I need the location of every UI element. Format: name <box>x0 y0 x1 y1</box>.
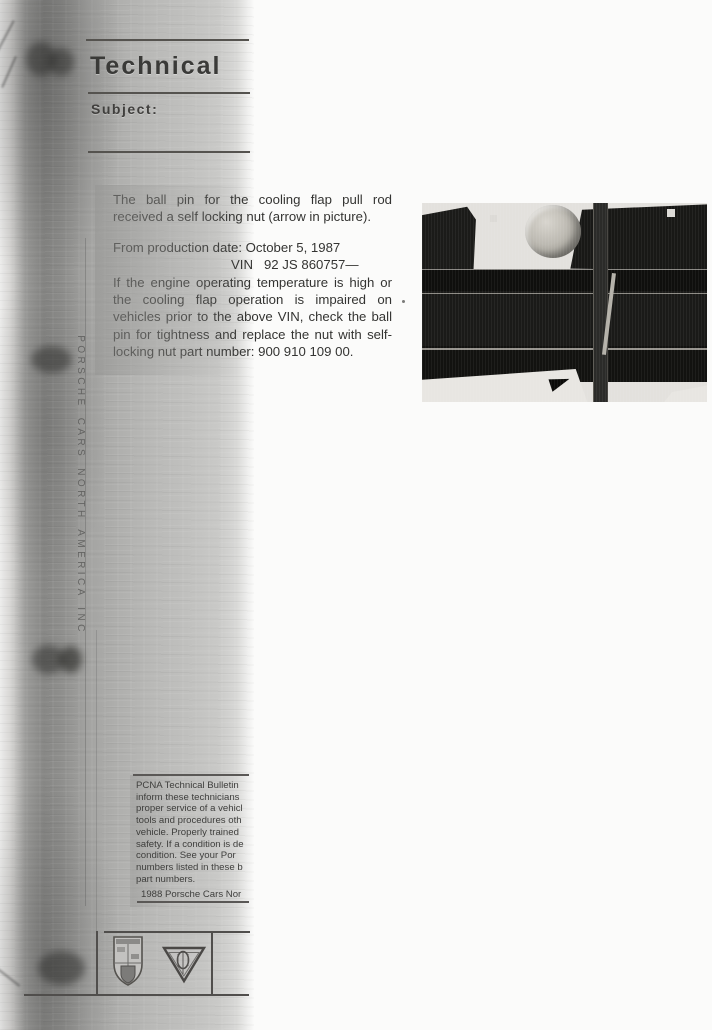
header-rule-bottom <box>88 151 250 153</box>
logo-box-divider <box>211 931 213 995</box>
disclaimer-block: PCNA Technical Bulletin inform these tec… <box>136 780 250 901</box>
logo-box-line-top <box>104 931 250 933</box>
header-rule-middle <box>88 92 250 94</box>
logo-box-line-left <box>96 931 98 995</box>
punch-hole-shadow <box>31 346 72 373</box>
copyright-line: 1988 Porsche Cars Nor <box>136 889 250 901</box>
bulletin-body: The ball pin for the cooling flap pull r… <box>113 191 392 361</box>
disclaimer-line: condition. See your Por <box>136 850 250 862</box>
scan-speck <box>402 300 405 303</box>
cooling-flap-photo <box>422 203 707 402</box>
disclaimer-line: tools and procedures oth <box>136 815 250 827</box>
subject-label: Subject: <box>91 101 158 117</box>
disclaimer-line: proper service of a vehicl <box>136 803 250 815</box>
scanned-bulletin-page: PORSCHE CARS NORTH AMERICA INC Technical… <box>0 0 712 1030</box>
header-rule-top <box>86 39 249 41</box>
paragraph-ball-pin: The ball pin for the cooling flap pull r… <box>113 191 392 226</box>
disclaimer-line: numbers listed in these b <box>136 862 250 874</box>
spine-text: PORSCHE CARS NORTH AMERICA INC <box>72 330 86 640</box>
disclaimer-line: safety. If a condition is de <box>136 839 250 851</box>
page-edge-line <box>96 630 97 932</box>
photo-grain-overlay <box>422 203 707 402</box>
disclaimer-line: inform these technicians <box>136 792 250 804</box>
punch-hole-shadow <box>48 48 74 76</box>
page-title: Technical <box>90 52 221 81</box>
production-date-block: From production date: October 5, 1987 VI… <box>113 239 392 274</box>
disclaimer-rule-top <box>133 774 249 776</box>
disclaimer-line: vehicle. Properly trained <box>136 827 250 839</box>
disclaimer-rule-bottom <box>137 901 249 903</box>
logo-box-line-bottom <box>24 994 249 996</box>
production-date-line: From production date: October 5, 1987 <box>113 239 392 256</box>
porsche-crest-icon <box>111 935 145 988</box>
punch-hole-shadow <box>59 646 82 673</box>
design-mark-triangle-icon <box>161 945 207 984</box>
paragraph-remedy: If the engine operating temperature is h… <box>113 274 392 361</box>
vin-line: VIN 92 JS 860757— <box>113 256 392 273</box>
disclaimer-line: PCNA Technical Bulletin <box>136 780 250 792</box>
punch-hole-shadow <box>38 951 85 985</box>
disclaimer-line: part numbers. <box>136 874 250 886</box>
